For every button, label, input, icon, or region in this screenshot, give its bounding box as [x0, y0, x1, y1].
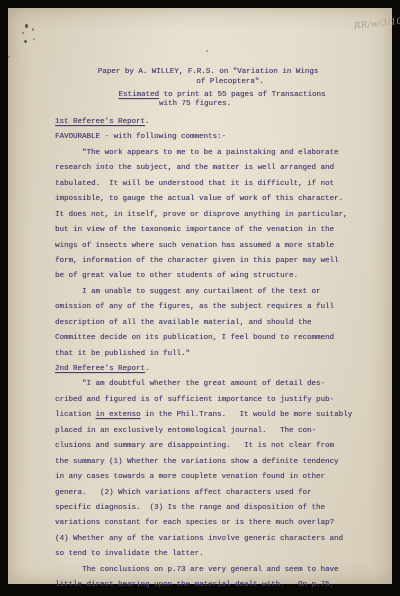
text-line: "The work appears to me to be a painstak… [55, 146, 385, 161]
extenso-underlined: in extenso [96, 411, 141, 419]
text-line: but in view of the taxonomic importance … [55, 223, 385, 238]
text-line: description of all the available materia… [55, 316, 385, 331]
text-line: placed in an exclusively entomological j… [55, 424, 385, 439]
text-line: the summary (1) Whether the variations s… [55, 455, 385, 470]
report2-text-end: placed in an exclusively entomological j… [55, 424, 385, 594]
text-line: form, information of the character given… [55, 254, 385, 269]
print-estimate: Estimated to print at 55 pages of Transa… [8, 91, 392, 111]
print-estimate-line2: with 75 figures. [3, 100, 387, 110]
print-estimate-rest: to print at 55 pages of Transactions [159, 91, 326, 99]
report2-heading-period: . [145, 365, 150, 373]
report1-heading-period: . [145, 118, 150, 126]
text-line: It does not, in itself, prove or disprov… [55, 208, 385, 223]
report2-extenso-line: lication in extenso in the Phil.Trans. I… [55, 408, 385, 423]
paper-title-line1: Paper by A. WILLEY, F.R.S. on "Variation… [16, 68, 400, 78]
estimated-underlined-word: Estimated [118, 91, 159, 99]
text-line: in any cases towards a more couplete ven… [55, 470, 385, 485]
staple-mark [25, 24, 28, 28]
text-line: wings of insects where such venation has… [55, 239, 385, 254]
staple-mark [33, 38, 35, 40]
extenso-post: in the Phil.Trans. It would be more suit… [141, 411, 353, 419]
text-line: genera. (2) Which variations affect char… [55, 486, 385, 501]
text-line: omission of any of the figures, as the s… [55, 300, 385, 315]
report1-verdict: FAVOURABLE - with following comments:- [55, 130, 385, 145]
text-line: (4) Whether any of the variations involv… [55, 532, 385, 547]
text-line: specific diagnosis. (3) Is the range and… [55, 501, 385, 516]
report1-heading: 1st Referee's Report. [55, 115, 385, 130]
text-line: cribed and figured is of sufficient impo… [55, 393, 385, 408]
report1-text: "The work appears to me to be a painstak… [55, 146, 385, 362]
ink-speck [206, 50, 208, 52]
text-line: "I am doubtful whether the great amount … [55, 377, 385, 392]
extenso-pre: lication [55, 411, 96, 419]
archive-reference-annotation: RR/w/3/10 [354, 17, 400, 32]
text-line: I am unable to suggest any curtailment o… [55, 285, 385, 300]
text-line: clusions and summary are disappointing. … [55, 439, 385, 454]
text-line: Committee decide on its publication, I f… [55, 331, 385, 346]
staple-mark [32, 28, 34, 31]
ink-speck [8, 56, 10, 58]
text-line: that it be published in full." [55, 347, 385, 362]
document-body: 1st Referee's Report. FAVOURABLE - with … [55, 115, 385, 594]
text-line: research into the subject, and the matte… [55, 161, 385, 176]
text-line: be of great value to other students of w… [55, 269, 385, 284]
text-line: tabulated. It will be understood that it… [55, 177, 385, 192]
text-line: variations constant for each species or … [55, 516, 385, 531]
text-line: so tend to invalidate the latter. [55, 547, 385, 562]
report2-text-start: "I am doubtful whether the great amount … [55, 377, 385, 408]
report2-heading-text: 2nd Referee's Report [55, 365, 145, 373]
document-header: Paper by A. WILLEY, F.R.S. on "Variation… [8, 68, 392, 110]
report1-heading-text: 1st Referee's Report [55, 118, 145, 126]
document-page: RR/w/3/10 Paper by A. WILLEY, F.R.S. on … [8, 8, 392, 584]
paper-title-line2: of Plecoptera". [38, 78, 400, 88]
print-estimate-line1: Estimated to print at 55 pages of Transa… [30, 91, 400, 101]
staple-mark [22, 32, 24, 34]
text-line: impossible, to gauge the actual value of… [55, 192, 385, 207]
text-line: little direct bearing upon the material … [55, 578, 385, 593]
photo-background: RR/w/3/10 Paper by A. WILLEY, F.R.S. on … [0, 0, 400, 596]
staple-mark [24, 40, 27, 43]
report2-heading: 2nd Referee's Report. [55, 362, 385, 377]
text-line: The conclusions on p.73 are very general… [55, 563, 385, 578]
